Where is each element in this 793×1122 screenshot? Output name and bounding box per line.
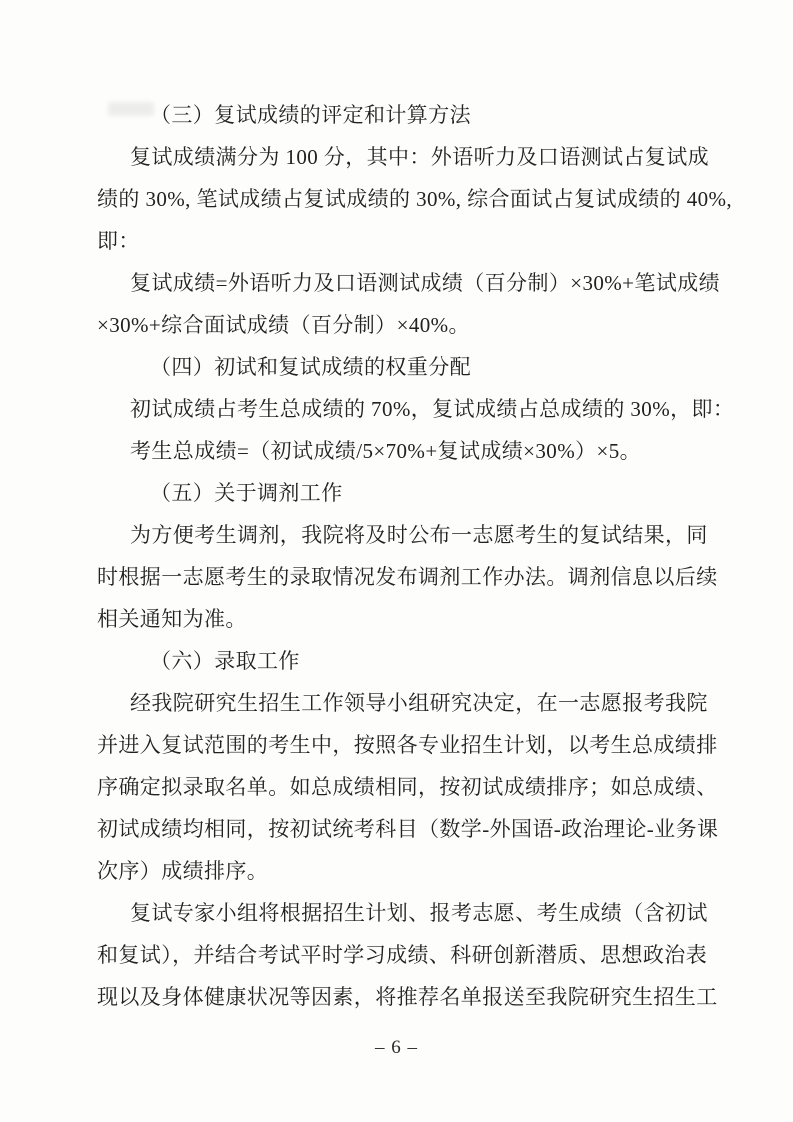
formula-line: 复试成绩=外语听力及口语测试成绩（百分制）×30%+笔试成绩	[97, 262, 709, 304]
text-line: 绩的 30%, 笔试成绩占复试成绩的 30%, 综合面试占复试成绩的 40%,	[97, 178, 709, 220]
text-line: 序确定拟录取名单。如总成绩相同，按初试成绩排序；如总成绩、	[97, 766, 709, 808]
text-line: 现以及身体健康状况等因素，将推荐名单报送至我院研究生招生工	[97, 976, 709, 1018]
text-line: 复试成绩满分为 100 分，其中：外语听力及口语测试占复试成	[97, 136, 709, 178]
section-heading-6: （六）录取工作	[97, 640, 709, 682]
text-line: 经我院研究生招生工作领导小组研究决定，在一志愿报考我院	[97, 682, 709, 724]
section-heading-4: （四）初试和复试成绩的权重分配	[97, 346, 709, 388]
document-page: （三）复试成绩的评定和计算方法 复试成绩满分为 100 分，其中：外语听力及口语…	[0, 0, 793, 1122]
text-line: 次序）成绩排序。	[97, 850, 709, 892]
text-line: 时根据一志愿考生的录取情况发布调剂工作办法。调剂信息以后续	[97, 556, 709, 598]
text-line: 初试成绩均相同，按初试统考科目（数学-外国语-政治理论-业务课	[97, 808, 709, 850]
section-heading-5: （五）关于调剂工作	[97, 472, 709, 514]
text-line: 即：	[97, 220, 709, 262]
text-line: 复试专家小组将根据招生计划、报考志愿、考生成绩（含初试	[97, 892, 709, 934]
text-line: 为方便考生调剂，我院将及时公布一志愿考生的复试结果，同	[97, 514, 709, 556]
formula-line: 考生总成绩=（初试成绩/5×70%+复试成绩×30%）×5。	[97, 430, 709, 472]
formula-line: ×30%+综合面试成绩（百分制）×40%。	[97, 304, 709, 346]
section-heading-3: （三）复试成绩的评定和计算方法	[97, 94, 709, 136]
text-line: 相关通知为准。	[97, 598, 709, 640]
document-body: （三）复试成绩的评定和计算方法 复试成绩满分为 100 分，其中：外语听力及口语…	[97, 94, 709, 1018]
page-number: – 6 –	[0, 1034, 793, 1062]
text-line: 初试成绩占考生总成绩的 70%，复试成绩占总成绩的 30%，即：	[97, 388, 709, 430]
text-line: 和复试），并结合考试平时学习成绩、科研创新潜质、思想政治表	[97, 934, 709, 976]
text-line: 并进入复试范围的考生中，按照各专业招生计划，以考生总成绩排	[97, 724, 709, 766]
